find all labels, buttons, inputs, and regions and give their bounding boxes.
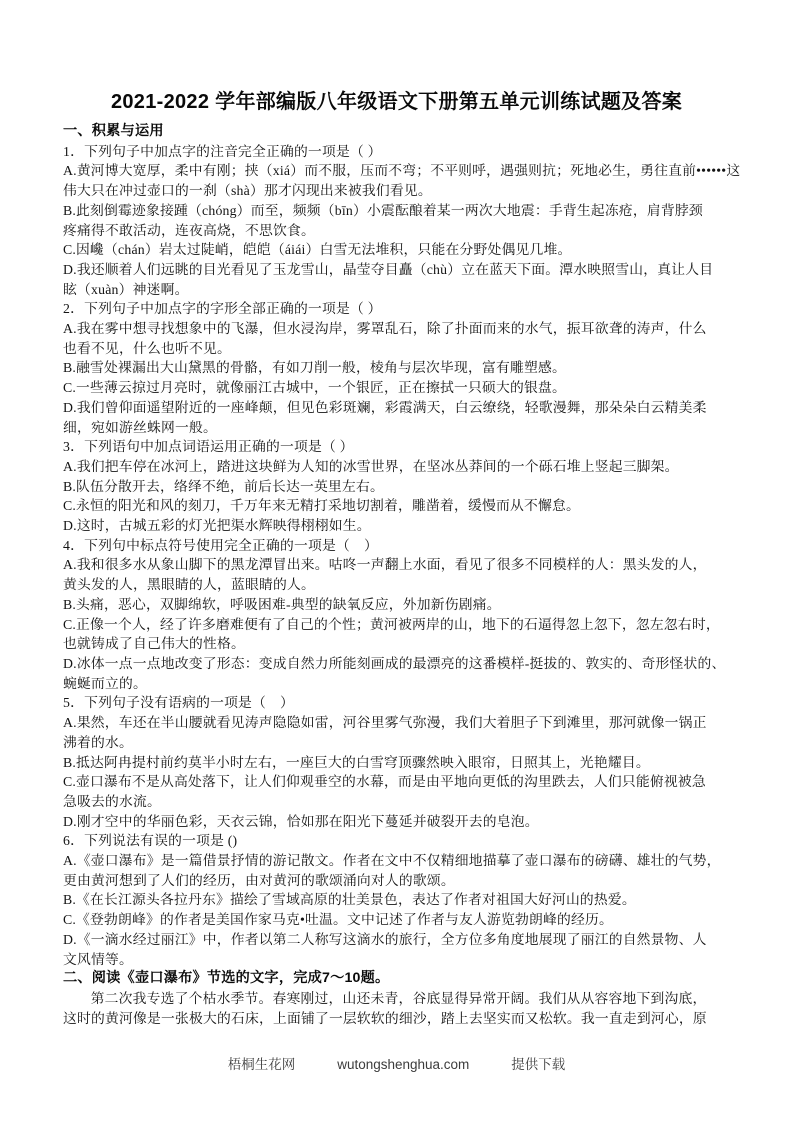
text-line: 急吸去的水流。	[63, 792, 741, 812]
text-line: C.永恒的阳光和风的刻刀，千万年来无精打采地切割着，雕凿着，缓慢而从不懈怠。	[63, 496, 741, 516]
text-line: A.黄河博大宽厚，柔中有刚；挟（xiá）而不服，压而不弯；不平则呼，遇强则抗；死…	[63, 161, 741, 181]
footer-site-url: wutongshenghua.com	[337, 1057, 469, 1072]
text-line: 也就铸成了自己伟大的性格。	[63, 634, 741, 654]
text-line: C.正像一个人，经了许多磨难便有了自己的个性；黄河被两岸的山，地下的石逼得忽上忽…	[63, 615, 741, 635]
text-line: 4．下列句中标点符号使用完全正确的一项是（ ）	[63, 536, 741, 556]
text-line: 黄头发的人，黑眼睛的人，蓝眼睛的人。	[63, 575, 741, 595]
text-line: 也看不见，什么也听不见。	[63, 339, 741, 359]
text-line: A.我在雾中想寻找想象中的飞瀑，但水浸沟岸，雾罩乱石，除了扑面而来的水气，振耳欲…	[63, 319, 741, 339]
text-line: 细，宛如游丝蛛网一般。	[63, 418, 741, 438]
text-line: 疼痛得不敢活动，连夜高烧，不思饮食。	[63, 221, 741, 241]
text-line: 伟大只在冲过壶口的一刹（shà）那才闪现出来被我们看见。	[63, 181, 741, 201]
text-line: C.因巉（chán）岩太过陡峭，皑皑（áiái）白雪无法堆积，只能在分野处偶见几…	[63, 240, 741, 260]
text-line: 第二次我专选了个枯水季节。春寒刚过，山还未青，谷底显得异常开阔。我们从从容容地下…	[63, 989, 741, 1009]
text-line: A.《壶口瀑布》是一篇借景抒情的游记散文。作者在文中不仅精细地描摹了壶口瀑布的磅…	[63, 851, 741, 871]
text-line: B.此刻倒霉迹象接踵（chóng）而至，频频（bīn）小震酝酿着某一两次大地震：…	[63, 201, 741, 221]
page: 2021-2022 学年部编版八年级语文下册第五单元训练试题及答案 一、积累与运…	[0, 0, 793, 1122]
text-line: 二、阅读《壶口瀑布》节选的文字，完成7～10题。	[63, 969, 741, 989]
text-line: 蜿蜒而立的。	[63, 674, 741, 694]
text-line: D.我们曾仰面遥望附近的一座峰颠，但见色彩斑斓，彩霞满天，白云缭绕，轻歌漫舞，那…	[63, 398, 741, 418]
text-line: D.《一滴水经过丽江》中，作者以第二人称写这滴水的旅行，全方位多角度地展现了丽江…	[63, 930, 741, 950]
text-line: B.《在长江源头各拉丹东》描绘了雪域高原的壮美景色，表达了作者对祖国大好河山的热…	[63, 890, 741, 910]
text-line: D.这时，古城五彩的灯光把渠水辉映得栩栩如生。	[63, 516, 741, 536]
text-line: 一、积累与运用	[63, 122, 741, 142]
page-footer: 梧桐生花网 wutongshenghua.com 提供下载	[0, 1053, 793, 1073]
text-line: C.一些薄云掠过月亮时，就像丽江古城中，一个银匠，正在擦拭一只硕大的银盘。	[63, 378, 741, 398]
footer-download-label: 提供下载	[511, 1053, 565, 1073]
text-line: 沸着的水。	[63, 733, 741, 753]
text-line: C.《登勃朗峰》的作者是美国作家马克•吐温。文中记述了作者与友人游览勃朗峰的经历…	[63, 910, 741, 930]
text-line: 眩（xuàn）神迷啊。	[63, 280, 741, 300]
text-line: B.队伍分散开去，络绎不绝，前后长达一英里左右。	[63, 477, 741, 497]
footer-site-name: 梧桐生花网	[228, 1053, 296, 1073]
text-line: 1．下列句子中加点字的注音完全正确的一项是（ ）	[63, 142, 741, 162]
text-line: D.我还顺着人们远眺的目光看见了玉龙雪山，晶莹夺目矗（chù）立在蓝天下面。潭水…	[63, 260, 741, 280]
text-line: D.冰体一点一点地改变了形态：变成自然力所能刻画成的最漂亮的这番模样-挺拔的、敦…	[63, 654, 741, 674]
text-line: C.壶口瀑布不是从高处落下，让人们仰观垂空的水幕，而是由平地向更低的沟里跌去，人…	[63, 772, 741, 792]
text-line: 更由黄河想到了人们的经历，由对黄河的歌颂涌向对人的歌颂。	[63, 871, 741, 891]
text-line: 6．下列说法有误的一项是 ()	[63, 831, 741, 851]
text-line: B.头痛，恶心，双脚绵软，呼吸困难-典型的缺氧反应，外加新伤剧痛。	[63, 595, 741, 615]
document-body: 一、积累与运用1．下列句子中加点字的注音完全正确的一项是（ ）A.黄河博大宽厚，…	[63, 122, 741, 1028]
text-line: D.刚才空中的华丽色彩，天衣云锦，恰如那在阳光下蔓延并破裂开去的皂泡。	[63, 812, 741, 832]
document-title: 2021-2022 学年部编版八年级语文下册第五单元训练试题及答案	[0, 89, 793, 116]
text-line: A.果然，车还在半山腰就看见涛声隐隐如雷，河谷里雾气弥漫，我们大着胆子下到滩里，…	[63, 713, 741, 733]
text-line: A.我们把车停在冰河上，踏进这块鲜为人知的冰雪世界，在坚冰丛莽间的一个砾石堆上竖…	[63, 457, 741, 477]
text-line: 这时的黄河像是一张极大的石床，上面铺了一层软软的细沙，踏上去坚实而又松软。我一直…	[63, 1009, 741, 1029]
text-line: B.抵达阿冉提村前约莫半小时左右，一座巨大的白雪穹顶骤然映入眼帘，日照其上，光艳…	[63, 753, 741, 773]
text-line: B.融雪处裸漏出大山黛黑的骨骼，有如刀削一般，棱角与层次毕现，富有雕塑感。	[63, 358, 741, 378]
text-line: A.我和很多水从象山脚下的黑龙潭冒出来。咕咚一声翻上水面，看见了很多不同模样的人…	[63, 555, 741, 575]
text-line: 文风情等。	[63, 950, 741, 970]
text-line: 2．下列句子中加点字的字形全部正确的一项是（ ）	[63, 299, 741, 319]
text-line: 5．下列句子没有语病的一项是（ ）	[63, 693, 741, 713]
text-line: 3．下列语句中加点词语运用正确的一项是（ ）	[63, 437, 741, 457]
